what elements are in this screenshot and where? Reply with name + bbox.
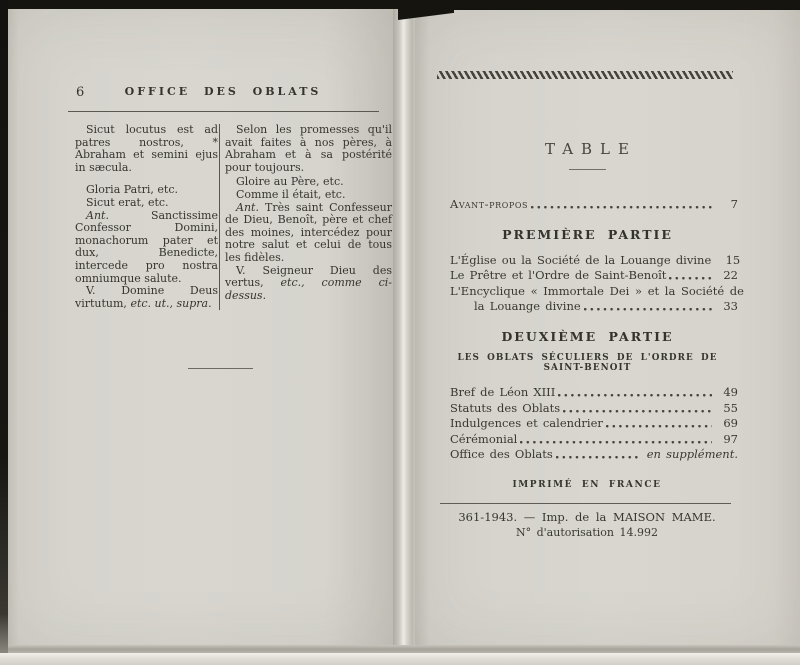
toc-entry-page: 22 (718, 268, 738, 282)
french-paragraph: Ant. Très saint Confesseur de Dieu, Beno… (225, 202, 392, 265)
french-paragraph: Selon les promesses qu'il avait faites à… (225, 124, 392, 174)
fore-edge-pages (0, 653, 800, 665)
page-bottom-edge (0, 645, 800, 653)
toc-heading: DEUXIÈME PARTIE (437, 329, 738, 344)
dot-leader (606, 417, 712, 430)
header-rule (68, 111, 379, 112)
toc-title: TABLE (437, 140, 737, 158)
toc-entry: L'Église ou la Société de la Louange div… (437, 251, 738, 266)
page-number: 6 (76, 85, 84, 100)
text-segment: etc. ut., supra. (130, 297, 211, 310)
latin-paragraph: Sicut locutus est ad patres nostros, * A… (75, 124, 218, 174)
dot-leader (520, 433, 712, 446)
dot-leader (563, 402, 712, 415)
toc-entry: Statuts des Oblats55 (437, 399, 738, 414)
toc-entry: Bref de Léon XIII49 (437, 384, 738, 399)
toc-heading: PREMIÈRE PARTIE (437, 227, 738, 242)
toc-entry-label: Avant-propos (450, 197, 528, 211)
toc-entry-label: Statuts des Oblats (450, 401, 560, 415)
french-column: Selon les promesses qu'il avait faites à… (219, 124, 392, 310)
latin-column: Sicut locutus est ad patres nostros, * A… (75, 124, 218, 310)
imprint-rule (440, 503, 731, 504)
text-segment: Gloria Patri, etc. (86, 183, 178, 196)
section-end-rule (188, 368, 253, 369)
imprint-printed-in: IMPRIMÉ EN FRANCE (437, 480, 737, 490)
latin-paragraph: Ant. Sanctissime Confessor Domini, monac… (75, 210, 218, 286)
toc-entry-page: 55 (718, 401, 738, 415)
toc-entry-label: L'Église ou la Société de la Louange div… (450, 253, 711, 267)
toc-entry-label: L'Encyclique « Immortale Dei » et la Soc… (450, 284, 744, 298)
toc-entry: Office des Oblatsen supplément. (437, 446, 738, 461)
toc-subheading: LES OBLATS SÉCULIERS DE L'ORDRE DE SAINT… (437, 353, 738, 373)
toc-entry-page: 33 (718, 299, 738, 313)
decorative-band (437, 71, 733, 79)
book-left-edge (0, 0, 8, 653)
text-segment: Selon les promesses qu'il avait faites à… (225, 123, 392, 174)
latin-paragraph: V. Domine Deus virtutum, etc. ut., supra… (75, 285, 218, 310)
toc-title-rule (569, 169, 606, 170)
right-page: TABLE Avant-propos7PREMIÈRE PARTIEL'Égli… (414, 10, 800, 653)
toc-rows: Avant-propos7PREMIÈRE PARTIEL'Église ou … (437, 196, 738, 461)
toc-entry-page: 49 (718, 385, 738, 399)
toc-entry: Indulgences et calendrier69 (437, 415, 738, 430)
left-page: 6 OFFICE DES OBLATS Sicut locutus est ad… (7, 9, 394, 653)
toc-entry-label: Le Prêtre et l'Ordre de Saint-Benoît (450, 268, 666, 282)
toc-entry-label: Bref de Léon XIII (450, 385, 555, 399)
text-segment: Sicut erat, etc. (86, 196, 169, 209)
two-column-text: Sicut locutus est ad patres nostros, * A… (75, 124, 392, 310)
left-page-header: 6 OFFICE DES OBLATS (68, 85, 378, 101)
dot-leader (669, 269, 712, 282)
text-segment: Ant. (236, 201, 259, 214)
toc-entry-label: la Louange divine (450, 299, 581, 313)
running-title: OFFICE DES OBLATS (68, 85, 378, 98)
dot-leader (584, 300, 712, 313)
toc-entry-page: 69 (718, 416, 738, 430)
text-segment: Ant. (86, 209, 109, 222)
book-top-edge (0, 0, 800, 9)
toc-entry-page: en supplément. (647, 447, 738, 461)
text-segment: Gloire au Père, etc. (236, 175, 344, 188)
imprint-line1: 361-1943. — Imp. de la MAISON MAME. (437, 510, 737, 524)
dot-leader (558, 386, 712, 399)
dot-leader (556, 448, 641, 461)
text-segment: Comme il était, etc. (236, 188, 345, 201)
toc-entry: la Louange divine33 (437, 298, 738, 313)
toc-entry: Avant-propos7 (437, 196, 738, 211)
imprint-line2: N° d'autorisation 14.992 (437, 526, 737, 539)
book-gutter (393, 9, 415, 653)
toc-entry: Le Prêtre et l'Ordre de Saint-Benoît22 (437, 267, 738, 282)
text-segment: Sicut locutus est ad patres nostros, * A… (75, 123, 218, 174)
toc-entry-page: 7 (718, 197, 738, 211)
dot-leader (531, 198, 712, 211)
toc-entry-label: Cérémonial (450, 432, 517, 446)
french-paragraph: V. Seigneur Dieu des vertus, etc., comme… (225, 265, 392, 303)
toc-entry-label: Indulgences et calendrier (450, 416, 603, 430)
toc-entry-page: 97 (718, 432, 738, 446)
toc-entry-label: Office des Oblats (450, 447, 553, 461)
toc-entry: Cérémonial97 (437, 430, 738, 445)
toc-entry-line1: L'Encyclique « Immortale Dei » et la Soc… (437, 282, 738, 297)
toc-entry-page: 15 (720, 253, 740, 267)
